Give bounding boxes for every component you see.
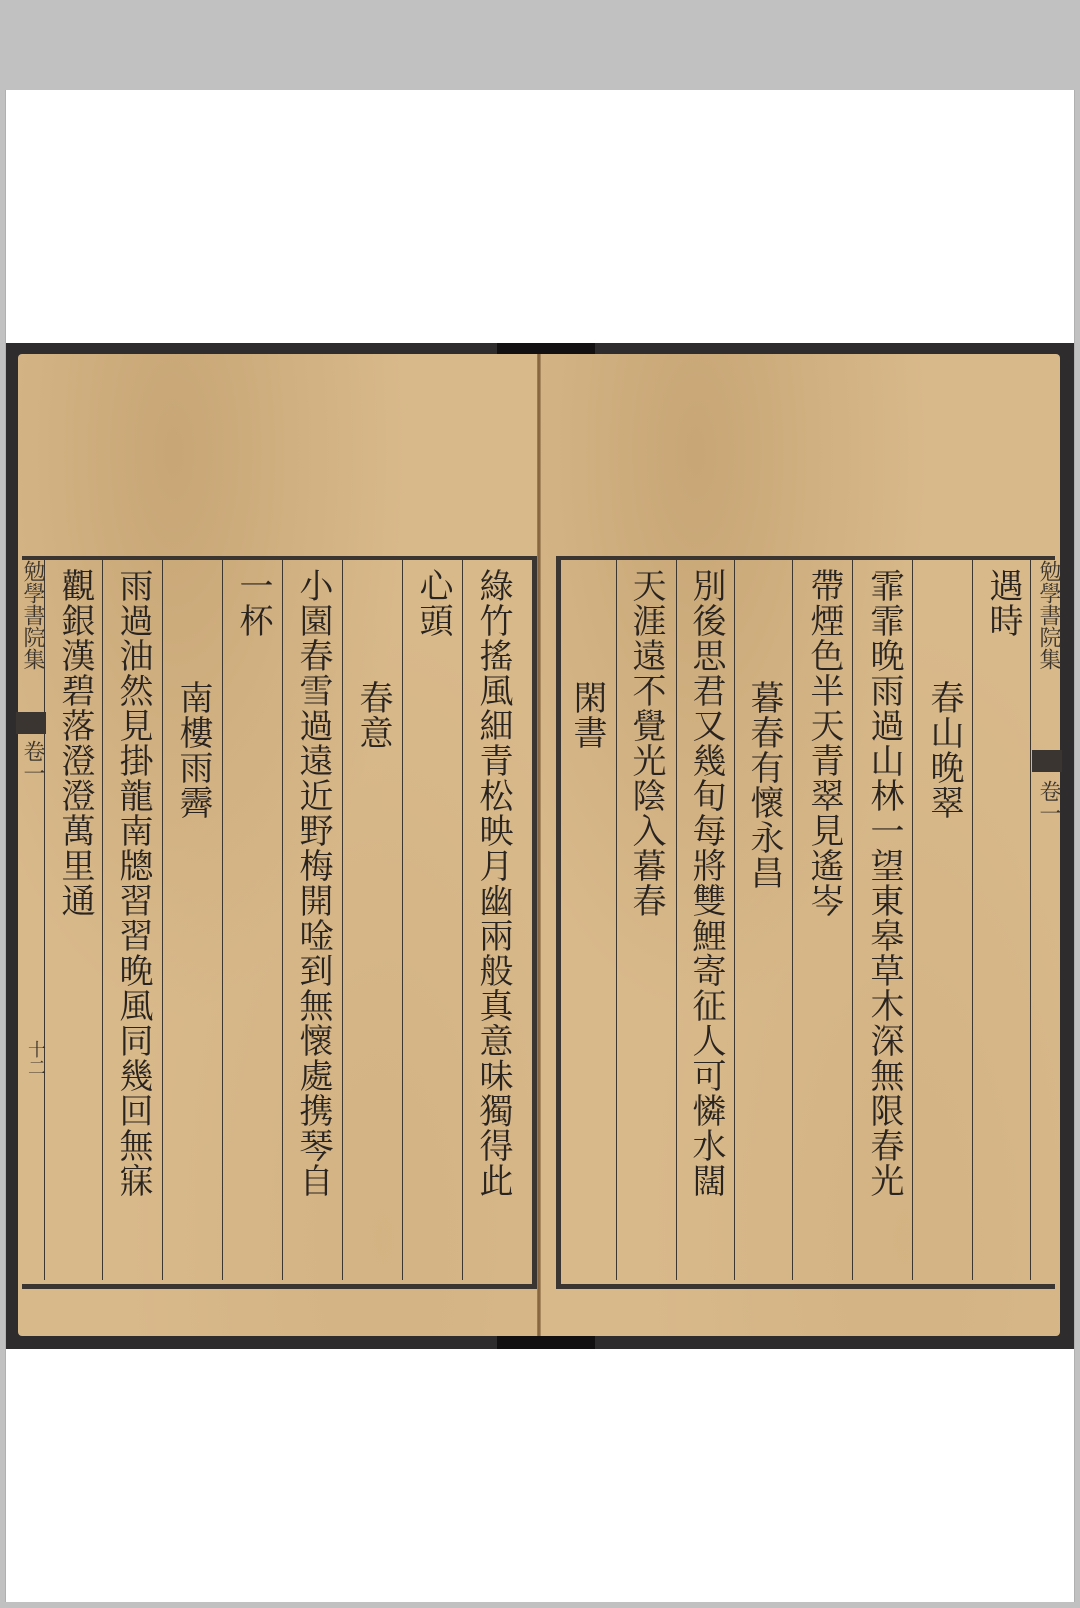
left-margin-title: 勉學書院集 [18, 560, 46, 670]
column-text: 小園春雪過遠近野梅開唫到無懷處携琴自 [286, 568, 340, 1198]
poem-title: 春意 [346, 680, 400, 750]
poem-title: 南樓雨霽 [166, 680, 220, 820]
column-rule [912, 560, 913, 1280]
column-rule [342, 560, 343, 1280]
column-rule [102, 560, 103, 1280]
column-rule [402, 560, 403, 1280]
column-text: 帶煙色半天青翠見遙岑 [797, 568, 851, 918]
column-rule [616, 560, 617, 1280]
right-margin-volume: 卷一 [1034, 780, 1062, 824]
fishtail-mark [1032, 750, 1062, 772]
column-text: 霏霏晚雨過山林一望東皋草木深無限春光 [857, 568, 911, 1198]
column-text: 雨過油然見掛龍南牕習習晚風同幾回無寐 [106, 568, 160, 1198]
right-margin-title: 勉學書院集 [1034, 560, 1062, 670]
column-rule [792, 560, 793, 1280]
page-fold [537, 354, 541, 1336]
column-text: 心頭 [406, 568, 460, 638]
column-rule [462, 560, 463, 1280]
column-text: 綠竹搖風細青松映月幽兩般真意味獨得此 [466, 568, 520, 1198]
column-rule [1030, 560, 1031, 1280]
column-text: 別後思君又幾旬每將雙鯉寄征人可憐水闊 [679, 568, 733, 1198]
column-rule [222, 560, 223, 1280]
column-rule [852, 560, 853, 1280]
column-rule [676, 560, 677, 1280]
poem-title: 暮春有懷永昌 [737, 680, 791, 890]
column-rule [734, 560, 735, 1280]
column-rule [162, 560, 163, 1280]
column-text: 觀銀漢碧落澄澄萬里通 [48, 568, 102, 918]
page-number: 十二 [22, 1040, 48, 1076]
poem-title: 春山晚翠 [917, 680, 971, 820]
column-rule [972, 560, 973, 1280]
poem-title: 閑書 [560, 680, 614, 750]
column-text: 一杯 [226, 568, 280, 638]
column-text: 遇時 [976, 568, 1030, 638]
column-rule [282, 560, 283, 1280]
fishtail-mark [16, 712, 46, 734]
column-text: 天涯遠不覺光陰入暮春 [619, 568, 673, 918]
left-margin-volume: 卷一 [18, 740, 46, 784]
spine-bottom [497, 1335, 595, 1349]
